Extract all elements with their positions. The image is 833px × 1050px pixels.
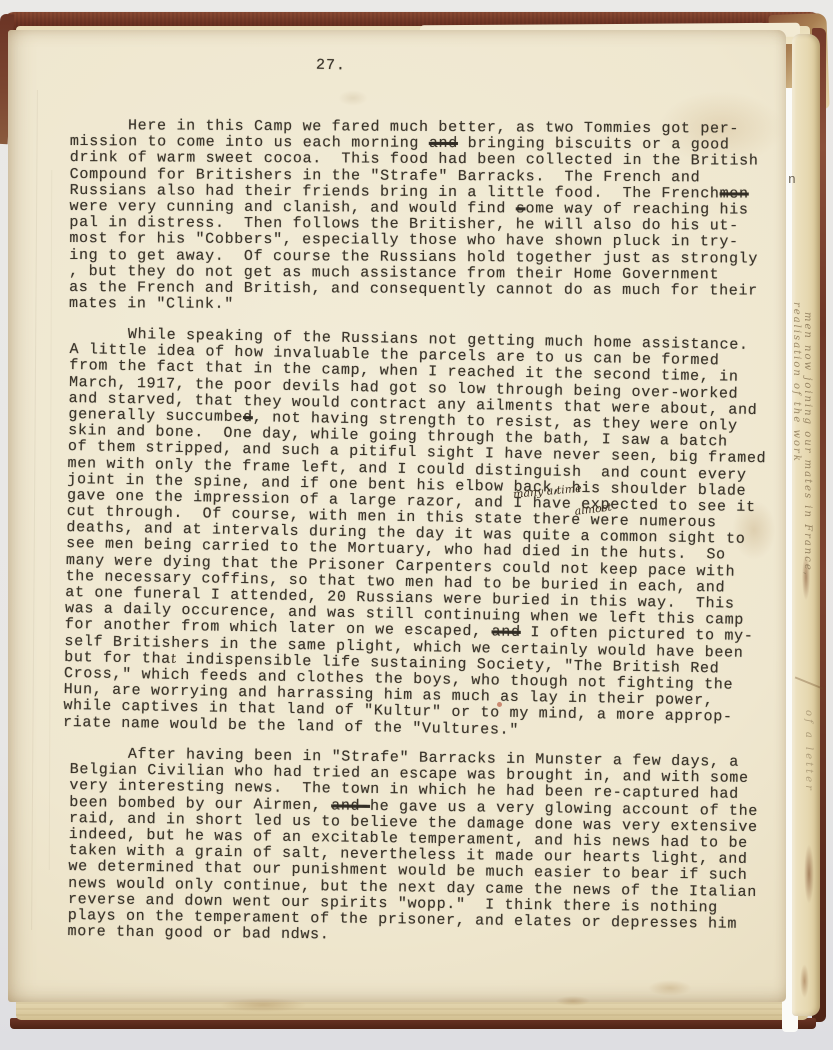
struck-out-text: d (243, 409, 253, 426)
fore-edge-tear (795, 676, 824, 689)
stain (220, 998, 306, 1012)
typed-paragraph-2: While speaking of the Russians not getti… (63, 326, 800, 743)
margin-handwriting-lower: of a letter (803, 710, 814, 793)
typed-paragraph-3: After having been in "Strafe" Barracks i… (67, 746, 799, 950)
handwritten-insertion: many a time (513, 487, 514, 503)
page-crease (49, 170, 52, 870)
document-page: 27. Here in this Camp we fared much bett… (8, 30, 786, 1002)
stain (648, 980, 692, 996)
handwritten-correction: t (170, 651, 177, 668)
page-number: 27. (316, 57, 346, 75)
stain (556, 996, 590, 1006)
fore-edge-stain (804, 844, 814, 904)
struck-out-text: and (491, 624, 520, 642)
struck-out-text: s (516, 200, 526, 217)
struck-out-text: and (429, 135, 458, 152)
fore-edge-stain (800, 964, 809, 998)
struck-out-text: men (720, 185, 749, 202)
page-crease (31, 90, 38, 930)
struck-out-text: and- (331, 797, 370, 815)
stain (338, 90, 368, 106)
photo-backdrop: realisation of the work men now joining … (0, 0, 833, 1050)
margin-handwriting-upper-outer: men now joining our mates in France, (802, 312, 813, 577)
typed-paragraph-1: Here in this Camp we fared much better, … (69, 118, 800, 316)
